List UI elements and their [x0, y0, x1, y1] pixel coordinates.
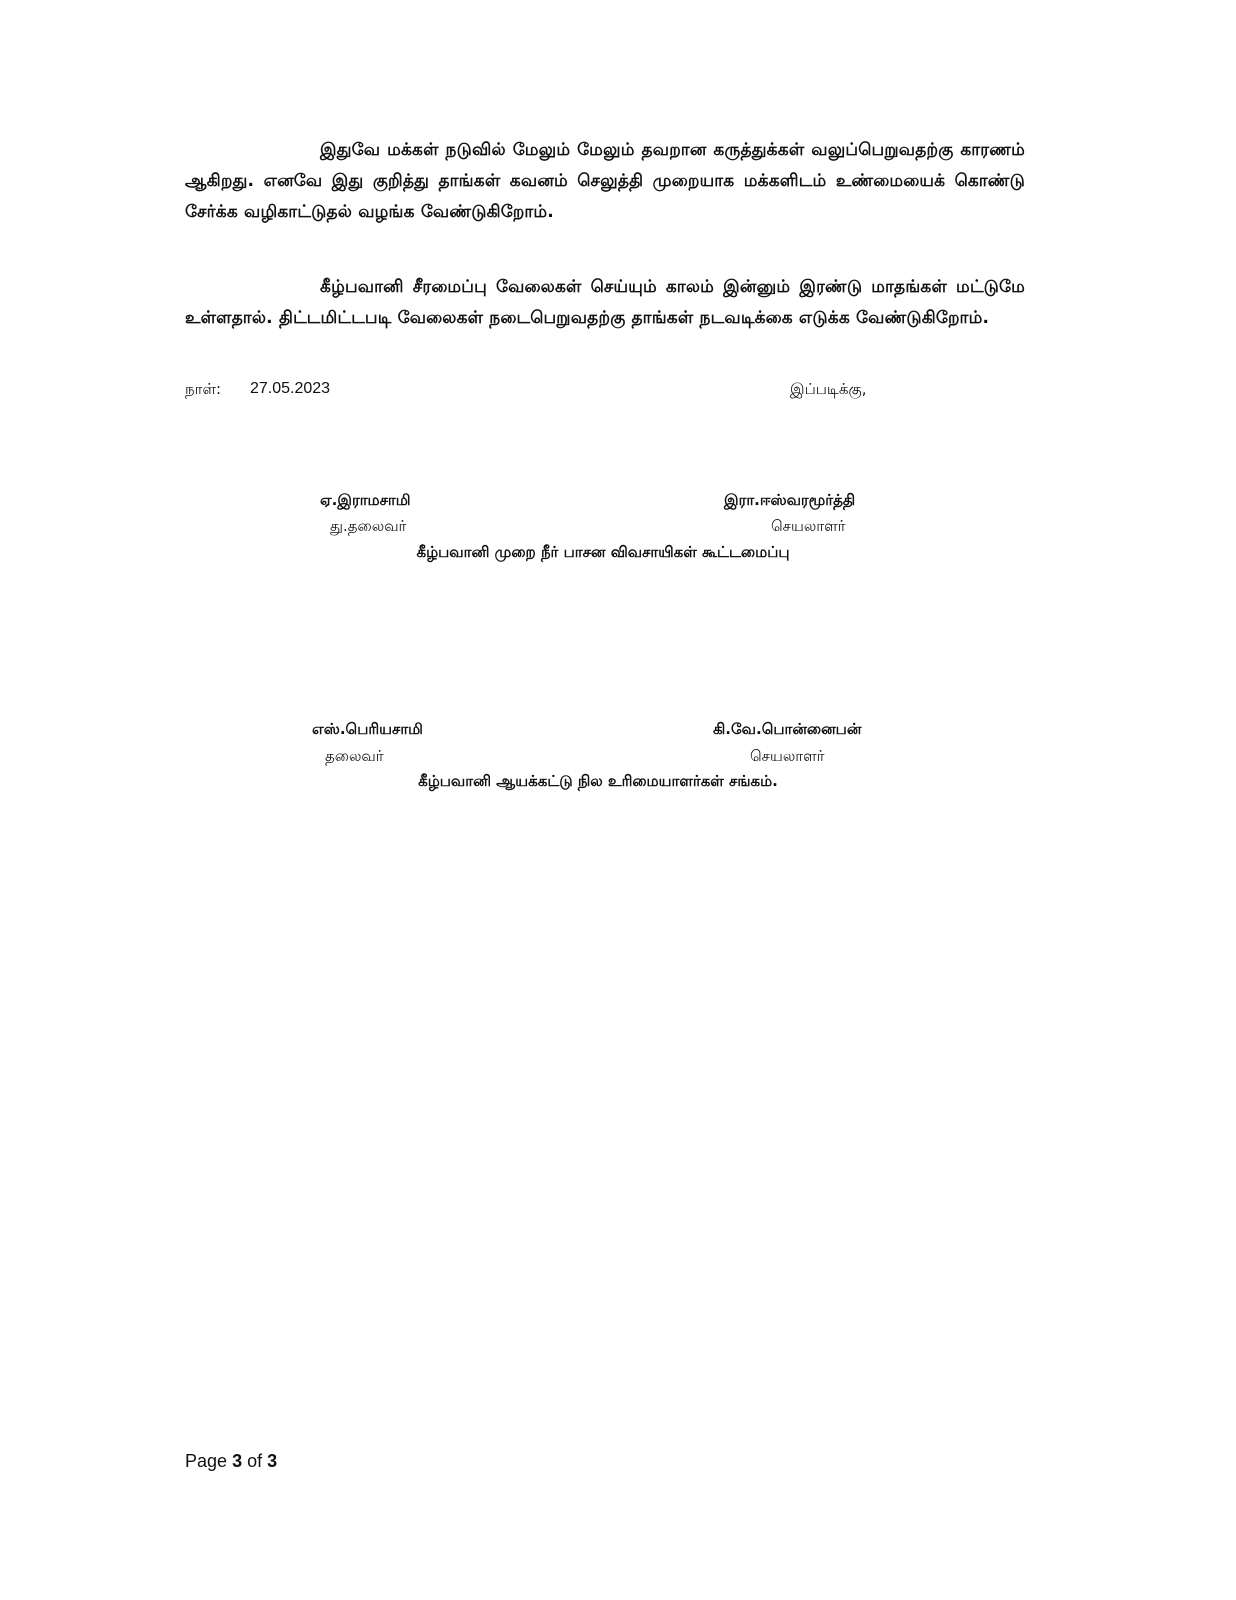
signatory-2-left-role: தலைவர் — [325, 747, 384, 767]
organization-1: கீழ்பவானி முறை நீர் பாசன விவசாயிகள் கூட்… — [0, 543, 1221, 563]
page-footer: Page 3 of 3 — [185, 1451, 277, 1472]
date-label: நாள்: — [185, 380, 221, 400]
paragraph-text: கீழ்பவானி சீரமைப்பு வேலைகள் செய்யும் கால… — [185, 277, 1025, 328]
signatory-2-right-name: கி.வே.பொன்னைபன் — [713, 720, 861, 740]
body-paragraph-2: கீழ்பவானி சீரமைப்பு வேலைகள் செய்யும் கால… — [185, 272, 1025, 334]
paragraph-text: இதுவே மக்கள் நடுவில் மேலும் மேலும் தவறான… — [185, 140, 1025, 222]
document-page: இதுவே மக்கள் நடுவில் மேலும் மேலும் தவறான… — [0, 0, 1236, 1600]
signatory-1-left-role: து.தலைவர் — [330, 517, 406, 537]
closing-salutation: இப்படிக்கு, — [790, 380, 866, 400]
signatory-1-right-name: இரா.ஈஸ்வரமூர்த்தி — [724, 491, 855, 511]
signatory-1-right-role: செயலாளர் — [771, 517, 846, 537]
organization-2: கீழ்பவானி ஆயக்கட்டு நில உரிமையாளர்கள் சங… — [0, 772, 1216, 792]
total-pages-number: 3 — [267, 1451, 277, 1471]
signatory-2-right-role: செயலாளர் — [750, 747, 825, 767]
date-value: 27.05.2023 — [250, 380, 330, 398]
body-paragraph-1: இதுவே மக்கள் நடுவில் மேலும் மேலும் தவறான… — [185, 135, 1025, 228]
page-word: Page — [185, 1451, 227, 1471]
of-word: of — [247, 1451, 262, 1471]
current-page-number: 3 — [232, 1451, 242, 1471]
signatory-1-left-name: ஏ.இராமசாமி — [320, 491, 411, 511]
signatory-2-left-name: எஸ்.பெரியசாமி — [312, 720, 423, 740]
